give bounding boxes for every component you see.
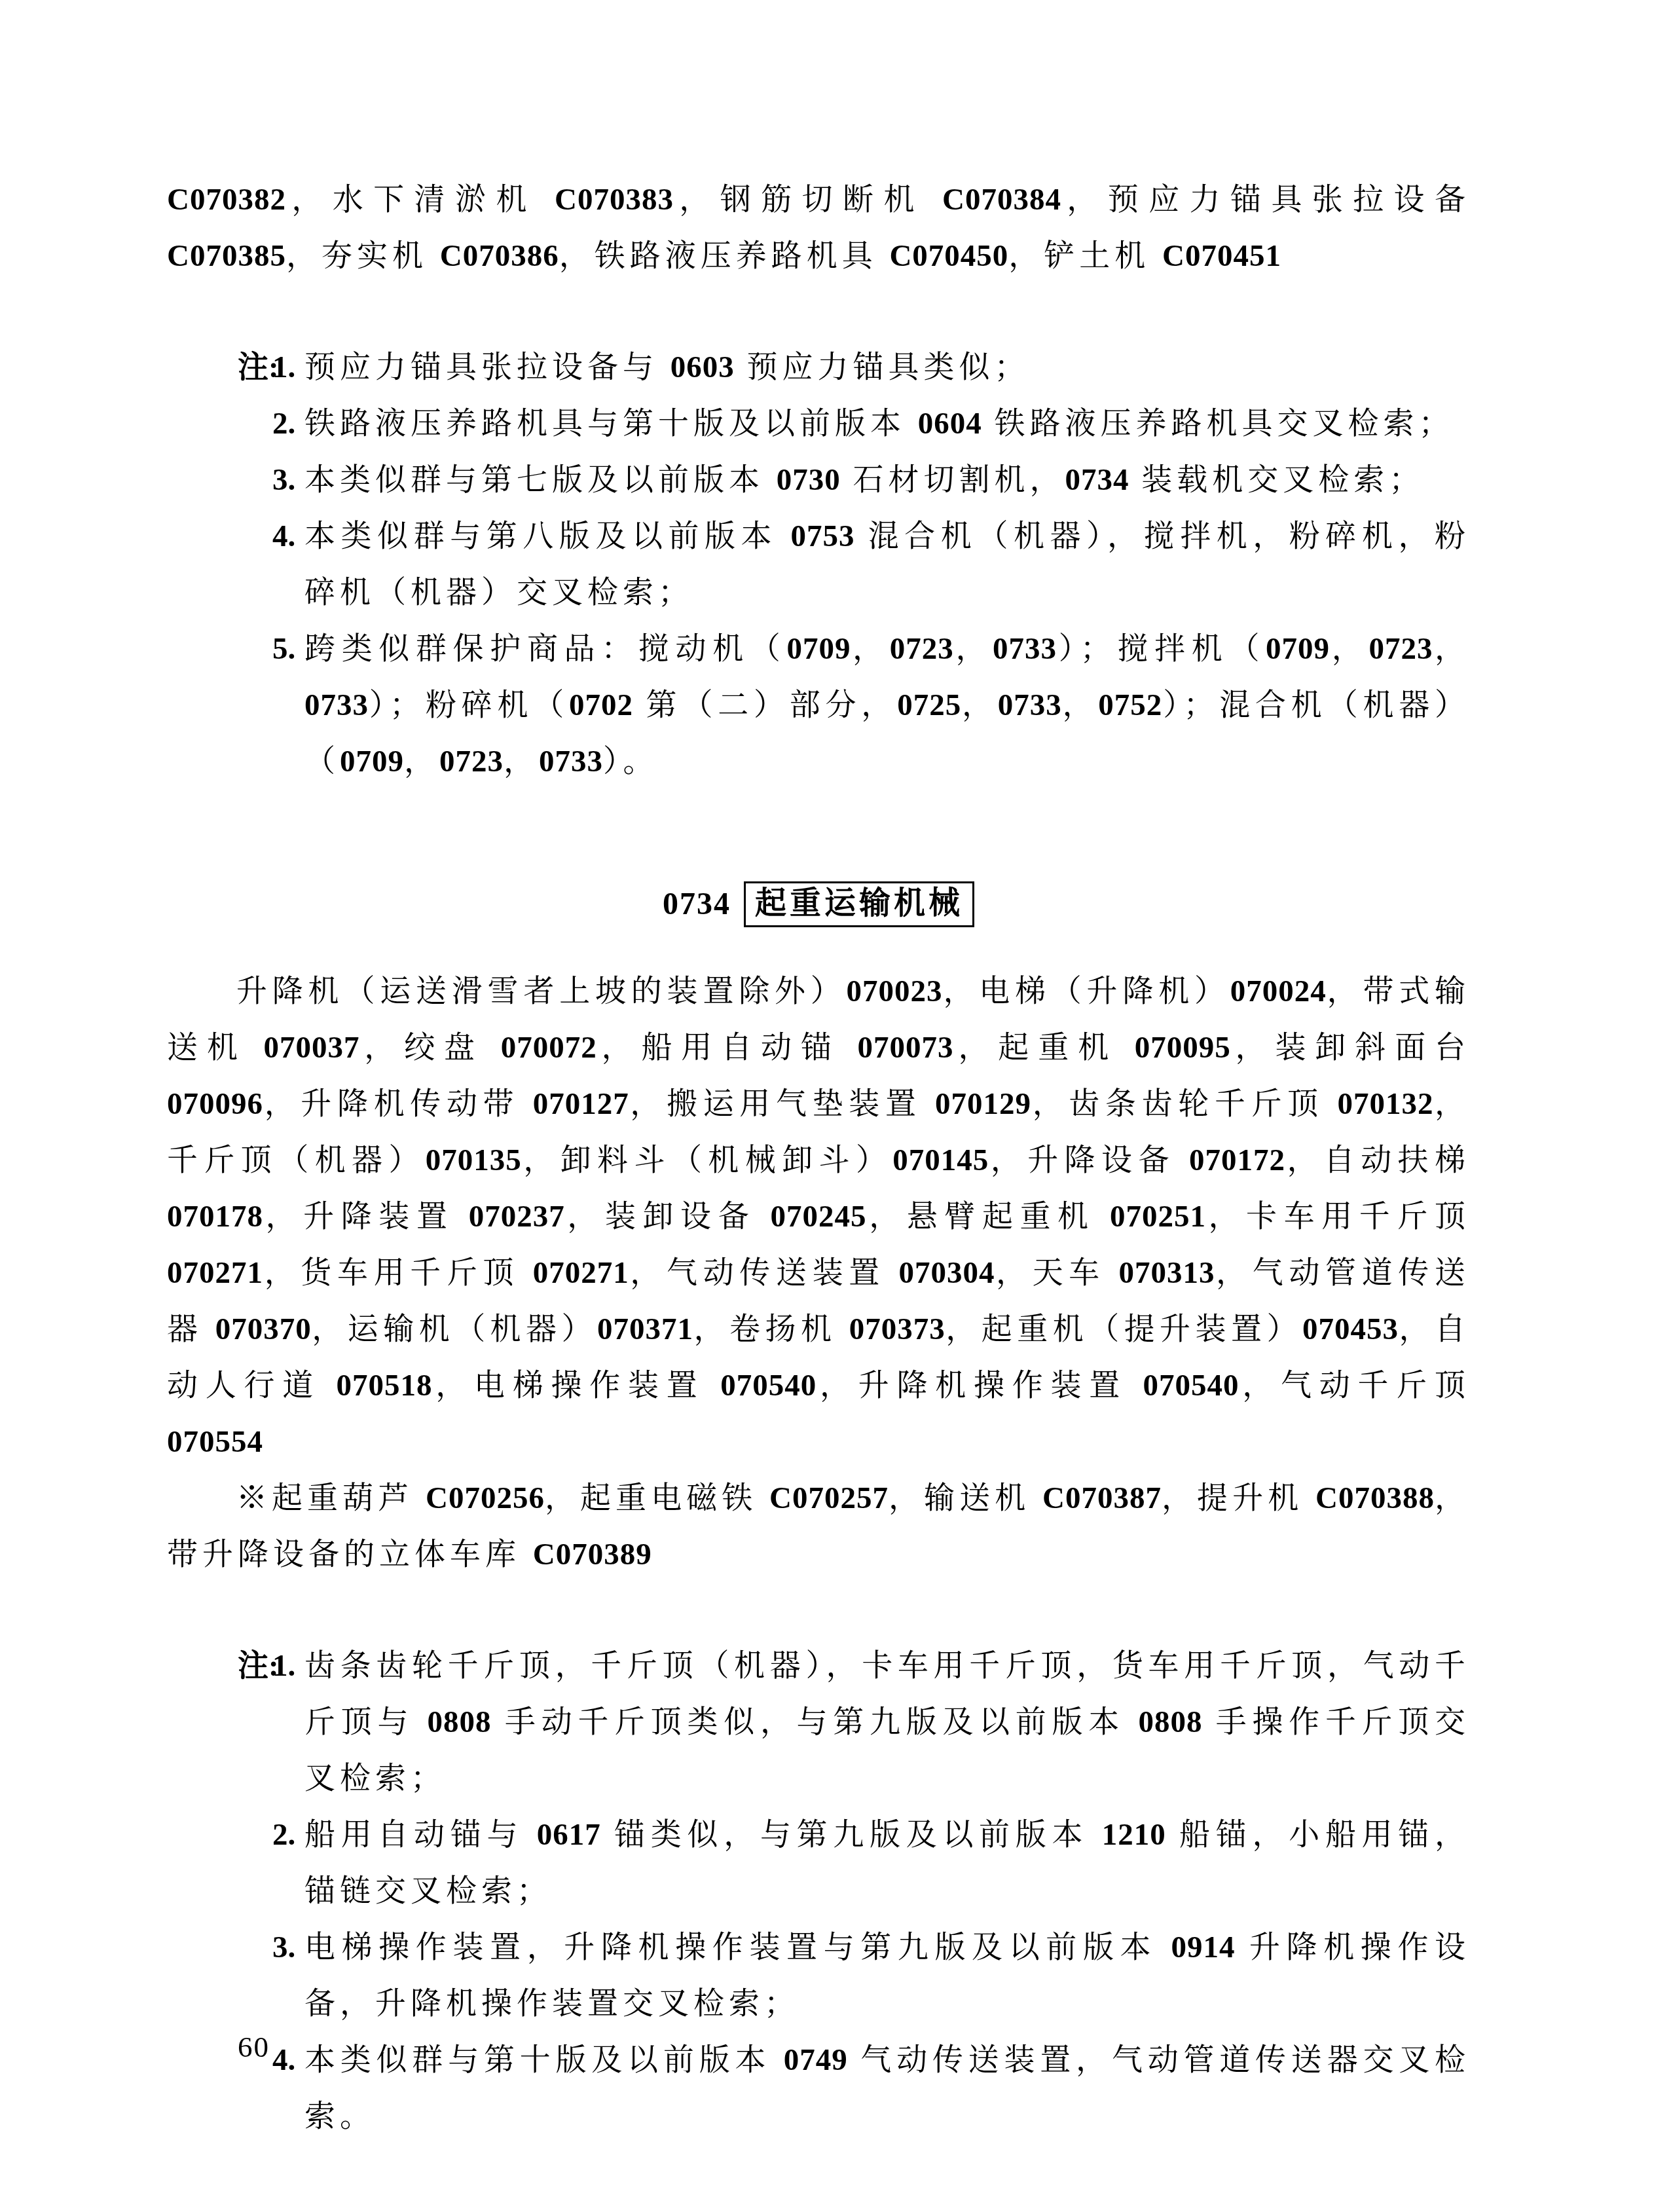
note-item: 注: 1. 预应力锚具张拉设备与 0603 预应力锚具类似； xyxy=(167,339,1470,396)
note-number: 2. xyxy=(272,1807,295,1863)
note-text: 电梯操作装置，升降机操作装置与第九版及以前版本 0914 升降机操作设备，升降机… xyxy=(304,1930,1470,2021)
note-text: 本类似群与第七版及以前版本 0730 石材切割机，0734 装载机交叉检索； xyxy=(304,463,1424,497)
note-number: 5. xyxy=(272,621,295,677)
intro-paragraph: C070382，水下清淤机 C070383，钢筋切断机 C070384，预应力锚… xyxy=(167,172,1470,284)
note-number: 4. xyxy=(272,2032,295,2088)
note-item: 2. 铁路液压养路机具与第十版及以前版本 0604 铁路液压养路机具交叉检索； xyxy=(167,396,1470,452)
note-text: 本类似群与第十版及以前版本 0749 气动传送装置，气动管道传送器交叉检索。 xyxy=(304,2043,1470,2133)
c-goods-paragraph: ※起重葫芦 C070256，起重电磁铁 C070257，输送机 C070387，… xyxy=(167,1470,1470,1583)
note-text: 铁路液压养路机具与第十版及以前版本 0604 铁路液压养路机具交叉检索； xyxy=(304,407,1454,441)
note-number: 2. xyxy=(272,396,295,452)
note-number: 1. xyxy=(272,339,295,396)
note-number: 3. xyxy=(272,1919,295,1976)
page-number: 60 xyxy=(238,2027,270,2067)
document-page: C070382，水下清淤机 C070383，钢筋切断机 C070384，预应力锚… xyxy=(0,0,1671,2212)
note-number: 1. xyxy=(272,1638,295,1694)
goods-paragraph: 升降机（运送滑雪者上坡的装置除外）070023，电梯（升降机）070024，带式… xyxy=(167,963,1470,1470)
note-item: 2. 船用自动锚与 0617 锚类似，与第九版及以前版本 1210 船锚，小船用… xyxy=(167,1807,1470,1919)
note-text: 船用自动锚与 0617 锚类似，与第九版及以前版本 1210 船锚，小船用锚，锚… xyxy=(304,1818,1470,1908)
section-title: 起重运输机械 xyxy=(744,881,974,927)
note-text: 预应力锚具张拉设备与 0603 预应力锚具类似； xyxy=(304,350,1030,384)
note-item: 4. 本类似群与第八版及以前版本 0753 混合机（机器），搅拌机，粉碎机，粉碎… xyxy=(167,508,1470,621)
note-text: 跨类似群保护商品：搅动机（0709，0723，0733）；搅拌机（0709，07… xyxy=(304,632,1470,779)
note-number: 3. xyxy=(272,452,295,508)
note-item: 3. 电梯操作装置，升降机操作装置与第九版及以前版本 0914 升降机操作设备，… xyxy=(167,1919,1470,2032)
section-heading-0734: 0734 起重运输机械 xyxy=(167,881,1470,927)
note-item: 注: 1. 齿条齿轮千斤顶，千斤顶（机器），卡车用千斤顶，货车用千斤顶，气动千斤… xyxy=(167,1638,1470,1807)
note-text: 齿条齿轮千斤顶，千斤顶（机器），卡车用千斤顶，货车用千斤顶，气动千斤顶与 080… xyxy=(304,1649,1470,1796)
section-code: 0734 xyxy=(663,886,731,923)
notes-block-0733: 注: 1. 预应力锚具张拉设备与 0603 预应力锚具类似； 2. 铁路液压养路… xyxy=(167,339,1470,790)
note-number: 4. xyxy=(272,508,295,564)
note-item: 5. 跨类似群保护商品：搅动机（0709，0723，0733）；搅拌机（0709… xyxy=(167,621,1470,790)
note-text: 本类似群与第八版及以前版本 0753 混合机（机器），搅拌机，粉碎机，粉碎机（机… xyxy=(304,519,1470,610)
notes-block-0734: 注: 1. 齿条齿轮千斤顶，千斤顶（机器），卡车用千斤顶，货车用千斤顶，气动千斤… xyxy=(167,1638,1470,2145)
note-item: 4. 本类似群与第十版及以前版本 0749 气动传送装置，气动管道传送器交叉检索… xyxy=(167,2032,1470,2145)
note-item: 3. 本类似群与第七版及以前版本 0730 石材切割机，0734 装载机交叉检索… xyxy=(167,452,1470,508)
